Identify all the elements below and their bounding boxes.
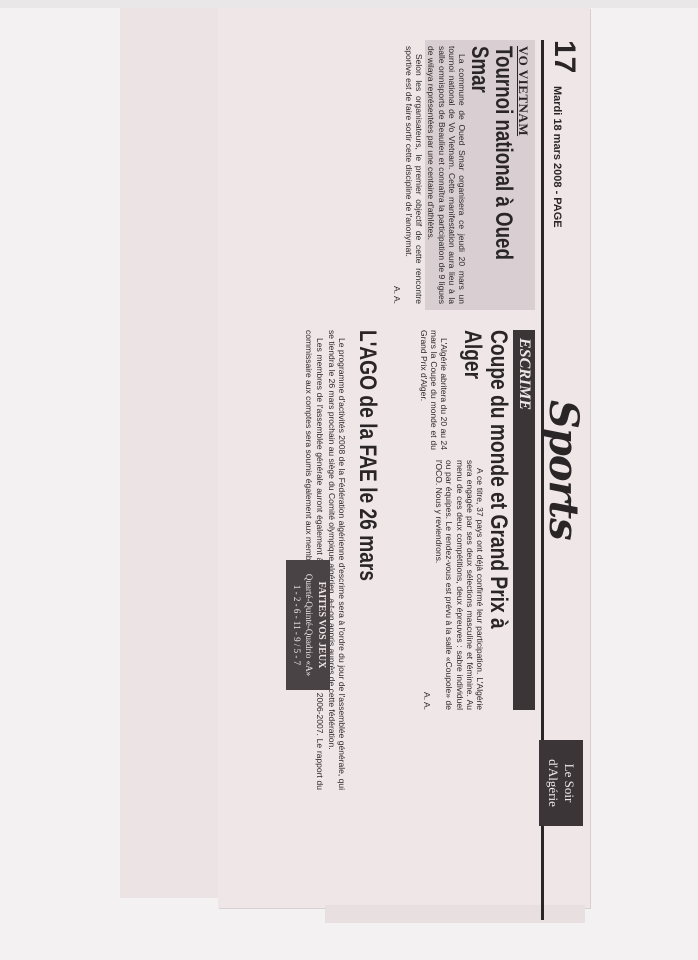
vo-vietnam-article: VO VIETNAM Tournoi national à Oued Smar … <box>425 40 535 310</box>
vo-vietnam-body: La commune de Oued Smar organisera ce je… <box>392 46 467 304</box>
faites-vos-jeux-box: FAITES VOS JEUX Quarté-Quinté-Quadrio «A… <box>286 560 330 690</box>
paragraph: A ce titre, 37 pays ont déjà confirmé le… <box>434 460 485 710</box>
vo-vietnam-title: Tournoi national à Oued Smar <box>467 46 515 308</box>
date-line: Mardi 18 mars 2008 - PAGE <box>551 86 563 228</box>
escrime-body-col2: A ce titre, 37 pays ont déjà confirmé le… <box>420 460 485 710</box>
paragraph: L'Algérie abritera du 20 au 24 mars la C… <box>418 330 449 450</box>
vo-vietnam-kicker: VO VIETNAM <box>515 46 531 304</box>
paragraph: La commune de Oued Smar organisera ce je… <box>426 46 467 304</box>
rotated-page-content: 17 Mardi 18 mars 2008 - PAGE Sports Le S… <box>215 40 585 920</box>
paper-name-line1: Le Soir <box>561 740 577 826</box>
page-number: 17 <box>547 40 581 73</box>
paragraph: Selon les organisateurs, le premier obje… <box>404 46 424 304</box>
masthead: 17 Mardi 18 mars 2008 - PAGE Sports Le S… <box>541 40 581 920</box>
signature: A. A. <box>422 460 432 710</box>
ago-title: L'AGO de la FAE le 26 mars <box>354 330 380 698</box>
jeux-title: FAITES VOS JEUX <box>315 560 327 690</box>
jeux-numbers: 1 - 2 - 6 - 11 - 9 / 5 - 7 <box>291 560 303 690</box>
paper-logo: Le Soir d'Algérie <box>539 740 583 826</box>
escrime-kicker: ESCRIME <box>513 330 535 710</box>
scan-background-strip <box>0 0 698 8</box>
escrime-body-col1: L'Algérie abritera du 20 au 24 mars la C… <box>416 330 449 450</box>
signature: A. A. <box>392 46 402 304</box>
jeux-subtitle: Quarté-Quinté-Quadrio «A» <box>303 560 315 690</box>
section-logo: Sports <box>540 400 587 540</box>
paper-name-line2: d'Algérie <box>545 740 561 826</box>
